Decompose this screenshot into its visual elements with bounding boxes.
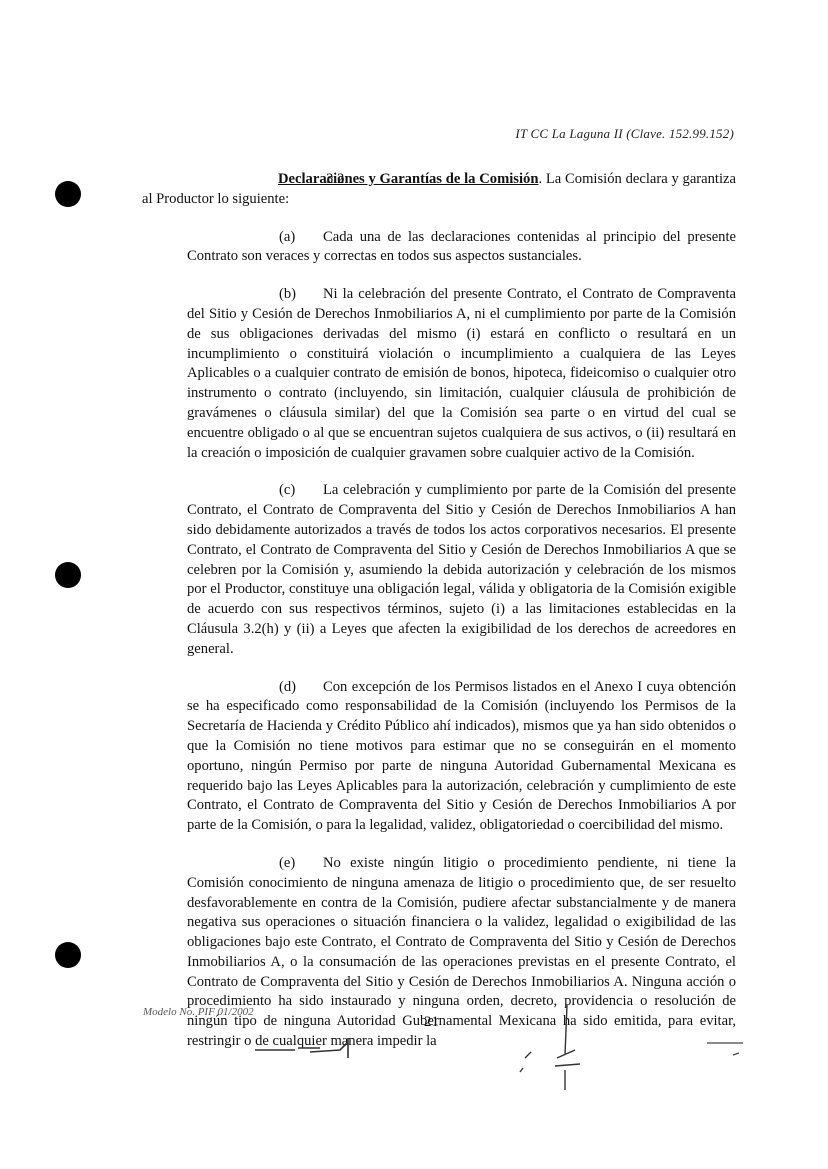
- clause-d: (d)Con excepción de los Permisos listado…: [187, 678, 736, 836]
- clause-text: No existe ningún litigio o procedimiento…: [187, 855, 736, 1049]
- clause-label: (c): [279, 481, 323, 501]
- clause-e: (e)No existe ningún litigio o procedimie…: [187, 854, 736, 1052]
- clause-label: (a): [279, 228, 323, 248]
- clause-text: La celebración y cumplimiento por parte …: [187, 482, 736, 656]
- clause-label: (b): [279, 285, 323, 305]
- signature-initials-3: [705, 1035, 755, 1065]
- document-body: 3.2Declaraciones y Garantías de la Comis…: [187, 170, 736, 1070]
- section-heading: 3.2Declaraciones y Garantías de la Comis…: [142, 170, 736, 210]
- punch-hole-1: [55, 181, 81, 207]
- clause-b: (b)Ni la celebración del presente Contra…: [187, 285, 736, 463]
- clause-label: (e): [279, 854, 323, 874]
- signature-initials-2: [505, 1000, 595, 1095]
- signature-initials-1: [250, 1030, 360, 1060]
- header-reference: IT CC La Laguna II (Clave. 152.99.152): [515, 126, 734, 142]
- clause-label: (d): [279, 678, 323, 698]
- footer-reference: Modelo No. PIF 01/2002: [143, 1006, 254, 1018]
- clause-text: Con excepción de los Permisos listados e…: [187, 679, 736, 834]
- punch-hole-2: [55, 562, 81, 588]
- punch-hole-3: [55, 942, 81, 968]
- clause-text: Ni la celebración del presente Contrato,…: [187, 286, 736, 460]
- section-title: Declaraciones y Garantías de la Comisión: [278, 171, 538, 187]
- clause-c: (c)La celebración y cumplimiento por par…: [187, 481, 736, 659]
- clause-a: (a)Cada una de las declaraciones conteni…: [187, 228, 736, 268]
- page-number: 21: [424, 1014, 439, 1031]
- clause-text: Cada una de las declaraciones contenidas…: [187, 229, 736, 265]
- section-number: 3.2: [234, 170, 278, 190]
